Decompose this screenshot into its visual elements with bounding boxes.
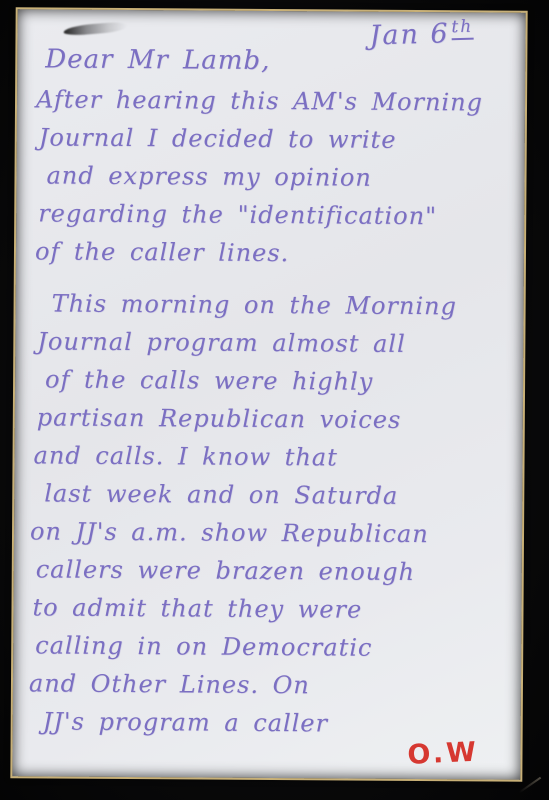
letter-line: After hearing this AM's Morning <box>36 81 511 122</box>
paragraph-2: This morning on the MorningJournal progr… <box>29 285 510 744</box>
ink-smudge <box>63 21 128 36</box>
red-initials: O.W <box>406 737 479 771</box>
letter-line: to admit that they were <box>32 589 507 630</box>
letter-line: partisan Republican voices <box>37 399 509 440</box>
letter-paper: Jan 6th Dear Mr Lamb, After hearing this… <box>10 7 527 782</box>
letter-line: Journal program almost all <box>37 323 509 364</box>
letter-line: This morning on the Morning <box>51 285 509 326</box>
letter-line: callers were brazen enough <box>36 551 508 592</box>
date-ordinal-suffix: th <box>451 17 473 41</box>
letter-line: on JJ's a.m. show Republican <box>30 513 508 554</box>
letter-line: and express my opinion <box>46 157 510 198</box>
date-text: Jan 6 <box>369 18 450 51</box>
letter-line: regarding the "identification" <box>38 195 510 236</box>
letter-line: Journal I decided to write <box>39 119 511 160</box>
scan-background: Jan 6th Dear Mr Lamb, After hearing this… <box>0 0 549 800</box>
letter-date: Jan 6th <box>369 17 474 52</box>
letter-line: calling in on Democratic <box>35 627 507 668</box>
letter-line: and Other Lines. On <box>29 665 507 706</box>
letter-line: and calls. I know that <box>33 437 508 478</box>
paragraph-1: After hearing this AM's MorningJournal I… <box>32 81 511 274</box>
letter-line: of the calls were highly <box>45 361 509 402</box>
letter-line: of the caller lines. <box>35 233 510 274</box>
letter-line: last week and on Saturda <box>44 475 508 516</box>
